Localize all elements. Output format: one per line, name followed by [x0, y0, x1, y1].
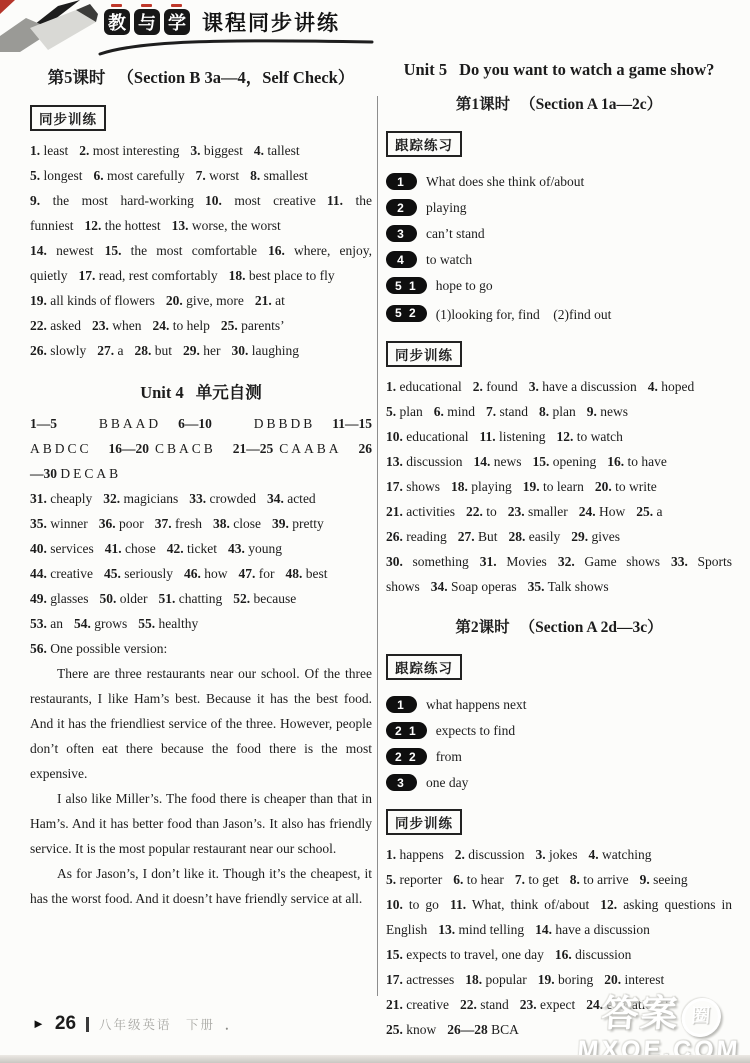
answer-item: 11. listening — [479, 429, 545, 444]
answer-item: 14. newest — [30, 243, 94, 258]
track-item-answer: can’t stand — [426, 226, 485, 242]
item-number-badge: 1 — [386, 173, 417, 190]
track-item: 5 1 hope to go — [386, 277, 732, 294]
answer-item: 22. to — [466, 504, 497, 519]
answer-item: 30. laughing — [232, 343, 300, 358]
answer-item: 8. plan — [539, 404, 576, 419]
lesson5-title-cn: 第5课时 — [48, 68, 106, 87]
answer-item: 4. tallest — [254, 143, 300, 158]
writing-task-number: 56. — [30, 641, 47, 656]
answer-line: 1. educational2. found3. have a discussi… — [386, 374, 732, 399]
answer-item: 21. activities — [386, 504, 455, 519]
unit4-choice-answers: 1—5 BBAAD6—10 DBBDB11—15 ABDCC16—20 CBAC… — [30, 411, 372, 486]
answer-item: 17. actresses — [386, 972, 454, 987]
lesson1-answer-list: 1. educational2. found3. have a discussi… — [386, 374, 732, 599]
track-item-answer: hope to go — [436, 278, 493, 294]
answer-item: 29. her — [183, 343, 221, 358]
lesson1-title-cn: 第1课时 — [456, 96, 510, 113]
answer-item: 19. to learn — [523, 479, 584, 494]
answer-item: 15. expects to travel, one day — [386, 947, 544, 962]
answer-item: 2. found — [473, 379, 518, 394]
answer-line: 22. asked23. when24. to help25. parents’ — [30, 313, 372, 338]
track-item: 4 to watch — [386, 251, 732, 268]
model-essay-paragraph: I also like Miller’s. The food there is … — [30, 786, 372, 861]
answer-line: 14. newest15. the most comfortable16. wh… — [30, 238, 372, 288]
watermark-cn-text: 答案 — [600, 993, 681, 1034]
answer-item: 55. healthy — [138, 616, 198, 631]
answer-item: 13. mind telling — [438, 922, 524, 937]
answer-item: 1. educational — [386, 379, 462, 394]
answer-item: 10. to go — [386, 897, 439, 912]
answer-item: 12. the hottest — [85, 218, 161, 233]
track-item: 3 one day — [386, 774, 732, 791]
answer-item: 26. slowly — [30, 343, 86, 358]
answer-item: 33. crowded — [189, 491, 256, 506]
footer-arrow-icon: ► — [32, 1016, 45, 1032]
watermark-logo: 答案圈 — [579, 995, 745, 1037]
answer-line: 5. longest6. most carefully7. worst8. sm… — [30, 163, 372, 188]
answer-item: 19. boring — [538, 972, 594, 987]
answer-item: 9. seeing — [640, 872, 688, 887]
answer-item: 21. creative — [386, 997, 449, 1012]
answer-item: 35. Talk shows — [528, 579, 609, 594]
answer-item: 3. jokes — [536, 847, 578, 862]
model-essay-paragraph: There are three restaurants near our sch… — [30, 661, 372, 786]
answer-line: 40. services41. chose42. ticket43. young — [30, 536, 372, 561]
answer-item: 16. to have — [607, 454, 667, 469]
track-item: 5 2 (1)looking for, find (2)find out — [386, 303, 732, 323]
choice-answer: 21—25 CAABA — [233, 441, 342, 456]
answer-item: 7. worst — [196, 168, 240, 183]
series-title: 课程同步讲练 — [202, 7, 340, 37]
answer-item: 3. have a discussion — [529, 379, 637, 394]
answer-item: 26—28 BCA — [447, 1022, 519, 1037]
answer-item: 4. watching — [589, 847, 652, 862]
answer-item: 1. happens — [386, 847, 444, 862]
answer-item: 25. know — [386, 1022, 436, 1037]
answer-item: 34. Soap operas — [431, 579, 517, 594]
item-number-badge: 3 — [386, 225, 417, 242]
track-item: 2 1 expects to find — [386, 722, 732, 739]
answer-item: 12. to watch — [557, 429, 623, 444]
answer-item: 32. Game shows — [558, 554, 660, 569]
answer-item: 13. worse, the worst — [172, 218, 281, 233]
logo-char-box: 与 — [134, 9, 160, 35]
answer-line: 17. actresses18. popular19. boring20. in… — [386, 967, 732, 992]
answer-item: 2. discussion — [455, 847, 525, 862]
answer-item: 18. popular — [465, 972, 527, 987]
workbook-answer-page: 教 与 学 课程同步讲练 第5课时（Section B 3a—4，Self Ch… — [0, 0, 750, 1063]
answer-item: 22. asked — [30, 318, 81, 333]
header-swoosh-line — [98, 38, 374, 56]
answer-item: 24. to help — [153, 318, 210, 333]
writing-task-head: 56. One possible version: — [30, 636, 372, 661]
answer-item: 14. news — [474, 454, 522, 469]
unit4-title-en: Unit 4 — [140, 383, 184, 402]
unit4-word-answers: 31. cheaply32. magicians33. crowded34. a… — [30, 486, 372, 636]
lesson2-title: 第2课时（Section A 2d—3c） — [386, 615, 732, 637]
answer-item: 43. young — [228, 541, 282, 556]
unit4-title: Unit 4单元自测 — [30, 379, 372, 403]
answer-item: 8. smallest — [250, 168, 308, 183]
track-item: 2 2 from — [386, 748, 732, 765]
answer-item: 29. gives — [571, 529, 620, 544]
answer-item: 37. fresh — [155, 516, 202, 531]
answer-item: 48. best — [285, 566, 327, 581]
item-number-badge: 2 2 — [386, 748, 427, 765]
answer-item: 5. reporter — [386, 872, 442, 887]
unit4-title-cn: 单元自测 — [196, 383, 262, 402]
corner-graphic-icon — [0, 0, 112, 56]
answer-line: 35. winner36. poor37. fresh38. close39. … — [30, 511, 372, 536]
choice-answer: 1—5 BBAAD — [30, 416, 161, 431]
answer-item: 6. to hear — [453, 872, 504, 887]
track-practice-label: 跟踪练习 — [386, 654, 462, 680]
track-item-answer: what happens next — [426, 697, 526, 713]
answer-item: 45. seriously — [104, 566, 173, 581]
answer-item: 2. most interesting — [79, 143, 179, 158]
brand-logo: 教 与 学 课程同步讲练 — [104, 7, 340, 37]
logo-char-box: 教 — [104, 9, 130, 35]
item-number-badge: 5 1 — [386, 277, 427, 294]
answer-item: 41. chose — [105, 541, 156, 556]
answer-line: 21. activities22. to23. smaller24. How25… — [386, 499, 732, 524]
unit5-title-rest: Do you want to watch a game show? — [459, 60, 714, 79]
answer-item: 19. all kinds of flowers — [30, 293, 155, 308]
answer-item: 23. when — [92, 318, 142, 333]
answer-item: 32. magicians — [103, 491, 178, 506]
answer-line: 31. cheaply32. magicians33. crowded34. a… — [30, 486, 372, 511]
book-title: 八年级英语 下册 — [99, 1015, 215, 1033]
site-watermark: 答案圈 MXQE.COM — [577, 995, 745, 1063]
track-item: 3 can’t stand — [386, 225, 732, 242]
answer-item: 27. a — [97, 343, 123, 358]
answer-line: 49. glasses50. older51. chatting52. beca… — [30, 586, 372, 611]
answer-item: 24. How — [579, 504, 626, 519]
answer-item: 38. close — [213, 516, 261, 531]
answer-item: 42. ticket — [167, 541, 217, 556]
model-essay-paragraph: As for Jason’s, I don’t like it. Though … — [30, 861, 372, 911]
page-header: 教 与 学 课程同步讲练 — [0, 0, 750, 58]
lesson2-title-cn: 第2课时 — [455, 619, 509, 636]
answer-line: 53. an54. grows55. healthy — [30, 611, 372, 636]
answer-item: 25. a — [636, 504, 662, 519]
answer-item: 20. give, more — [166, 293, 244, 308]
track-item-answer: What does she think of/about — [426, 174, 584, 190]
track-item-answer: playing — [426, 200, 467, 216]
answer-line: 5. reporter6. to hear7. to get8. to arri… — [386, 867, 732, 892]
logo-boxes: 教 与 学 — [104, 9, 190, 35]
answer-item: 40. services — [30, 541, 94, 556]
answer-line: 17. shows18. playing19. to learn20. to w… — [386, 474, 732, 499]
item-number-badge: 5 2 — [386, 305, 427, 322]
answer-line: 19. all kinds of flowers20. give, more21… — [30, 288, 372, 313]
logo-char-box: 学 — [164, 9, 190, 35]
column-divider — [377, 96, 378, 996]
watermark-circle-icon: 圈 — [681, 998, 723, 1037]
answer-item: 28. but — [135, 343, 173, 358]
track-item: 2 playing — [386, 199, 732, 216]
answer-item: 46. how — [184, 566, 228, 581]
answer-item: 10. educational — [386, 429, 468, 444]
answer-item: 35. winner — [30, 516, 88, 531]
answer-item: 23. smaller — [508, 504, 568, 519]
answer-item: 17. shows — [386, 479, 440, 494]
answer-item: 30. something — [386, 554, 469, 569]
answer-item: 31. cheaply — [30, 491, 92, 506]
answer-line: 1. happens2. discussion3. jokes4. watchi… — [386, 842, 732, 867]
sync-training-label: 同步训练 — [30, 105, 106, 131]
answer-item: 15. opening — [533, 454, 597, 469]
unit5-title: Unit 5Do you want to watch a game show? — [386, 60, 732, 80]
answer-item: 23. expect — [520, 997, 575, 1012]
scan-bottom-edge — [0, 1055, 750, 1063]
answer-item: 20. to write — [595, 479, 657, 494]
sync-training-label: 同步训练 — [386, 341, 462, 367]
track-item-answer: to watch — [426, 252, 472, 268]
track-item-answer: from — [436, 749, 462, 765]
answer-item: 34. acted — [267, 491, 316, 506]
answer-item: 9. the most hard-working — [30, 193, 194, 208]
left-column: 第5课时（Section B 3a—4，Self Check） 同步训练 1. … — [30, 58, 372, 911]
answer-line: 13. discussion14. news15. opening16. to … — [386, 449, 732, 474]
answer-item: 4. hoped — [648, 379, 695, 394]
lesson5-title-en: （Section B 3a—4，Self Check） — [117, 68, 354, 87]
item-number-badge: 4 — [386, 251, 417, 268]
answer-item: 14. have a discussion — [535, 922, 650, 937]
lesson5-title: 第5课时（Section B 3a—4，Self Check） — [30, 64, 372, 88]
lesson2-title-en: （Section A 2d—3c） — [520, 619, 663, 636]
answer-item: 18. best place to fly — [229, 268, 335, 283]
choice-answer: 6—10 DBBDB — [178, 416, 315, 431]
item-number-badge: 3 — [386, 774, 417, 791]
answer-line: 5. plan6. mind7. stand8. plan9. news — [386, 399, 732, 424]
answer-line: 30. something31. Movies32. Game shows33.… — [386, 549, 732, 599]
answer-item: 39. pretty — [272, 516, 324, 531]
choice-answer: 16—20 CBACB — [109, 441, 216, 456]
answer-item: 27. But — [458, 529, 498, 544]
lesson1-track-items: 1 What does she think of/about 2 playing… — [386, 173, 732, 323]
answer-item: 1. least — [30, 143, 68, 158]
answer-item: 5. plan — [386, 404, 423, 419]
answer-item: 20. interest — [604, 972, 664, 987]
answer-item: 25. parents’ — [221, 318, 285, 333]
answer-item: 51. chatting — [159, 591, 223, 606]
track-item-answer: one day — [426, 775, 468, 791]
answer-item: 49. glasses — [30, 591, 89, 606]
answer-item: 28. easily — [509, 529, 561, 544]
answer-item: 5. longest — [30, 168, 83, 183]
answer-line: 10. educational11. listening12. to watch — [386, 424, 732, 449]
unit5-title-en: Unit 5 — [404, 60, 448, 79]
answer-item: 53. an — [30, 616, 63, 631]
page-number: 26 — [55, 1013, 76, 1035]
answer-item: 44. creative — [30, 566, 93, 581]
answer-item: 13. discussion — [386, 454, 463, 469]
answer-item: 7. to get — [515, 872, 559, 887]
item-number-badge: 2 1 — [386, 722, 427, 739]
answer-item: 18. playing — [451, 479, 512, 494]
answer-item: 9. news — [587, 404, 628, 419]
answer-item: 47. for — [238, 566, 274, 581]
answer-line: 10. to go11. What, think of/about12. ask… — [386, 892, 732, 942]
answer-item: 10. most creative — [205, 193, 316, 208]
answer-item: 31. Movies — [480, 554, 547, 569]
answer-item: 7. stand — [486, 404, 528, 419]
answer-item: 6. mind — [434, 404, 475, 419]
answer-item: 3. biggest — [190, 143, 243, 158]
answer-item: 26. reading — [386, 529, 447, 544]
answer-item: 15. the most comfortable — [105, 243, 257, 258]
track-item: 1 What does she think of/about — [386, 173, 732, 190]
answer-item: 36. poor — [99, 516, 144, 531]
answer-item: 50. older — [100, 591, 148, 606]
answer-item: 22. stand — [460, 997, 509, 1012]
answer-item: 17. read, rest comfortably — [79, 268, 218, 283]
page-footer: ► 26 八年级英语 下册 ． — [32, 1013, 237, 1035]
answer-item: 16. discussion — [555, 947, 632, 962]
answer-line: 44. creative45. seriously46. how47. for4… — [30, 561, 372, 586]
item-number-badge: 1 — [386, 696, 417, 713]
answer-line: 9. the most hard-working10. most creativ… — [30, 188, 372, 238]
answer-item: 52. because — [233, 591, 296, 606]
track-item-answer: (1)looking for, find (2)find out — [436, 303, 612, 323]
answer-line: 15. expects to travel, one day16. discus… — [386, 942, 732, 967]
track-practice-label: 跟踪练习 — [386, 131, 462, 157]
writing-task-label: One possible version: — [50, 641, 167, 656]
sync-training-label: 同步训练 — [386, 809, 462, 835]
track-item-answer: expects to find — [436, 723, 515, 739]
answer-item: 6. most carefully — [94, 168, 185, 183]
lesson1-title: 第1课时（Section A 1a—2c） — [386, 92, 732, 114]
item-number-badge: 2 — [386, 199, 417, 216]
track-item: 1 what happens next — [386, 696, 732, 713]
answer-item: 8. to arrive — [570, 872, 629, 887]
lesson5-answer-list: 1. least2. most interesting3. biggest4. … — [30, 138, 372, 363]
right-column: Unit 5Do you want to watch a game show? … — [386, 58, 732, 1042]
lesson2-track-items: 1 what happens next 2 1 expects to find … — [386, 696, 732, 791]
footer-separator — [86, 1017, 89, 1032]
answer-line: 1. least2. most interesting3. biggest4. … — [30, 138, 372, 163]
lesson1-title-en: （Section A 1a—2c） — [520, 96, 662, 113]
answer-item: 11. What, think of/about — [450, 897, 589, 912]
answer-line: 26. slowly27. a28. but29. her30. laughin… — [30, 338, 372, 363]
footer-dot: ． — [225, 1016, 237, 1033]
answer-item: 54. grows — [74, 616, 127, 631]
answer-item: 21. at — [255, 293, 285, 308]
answer-line: 26. reading27. But28. easily29. gives — [386, 524, 732, 549]
